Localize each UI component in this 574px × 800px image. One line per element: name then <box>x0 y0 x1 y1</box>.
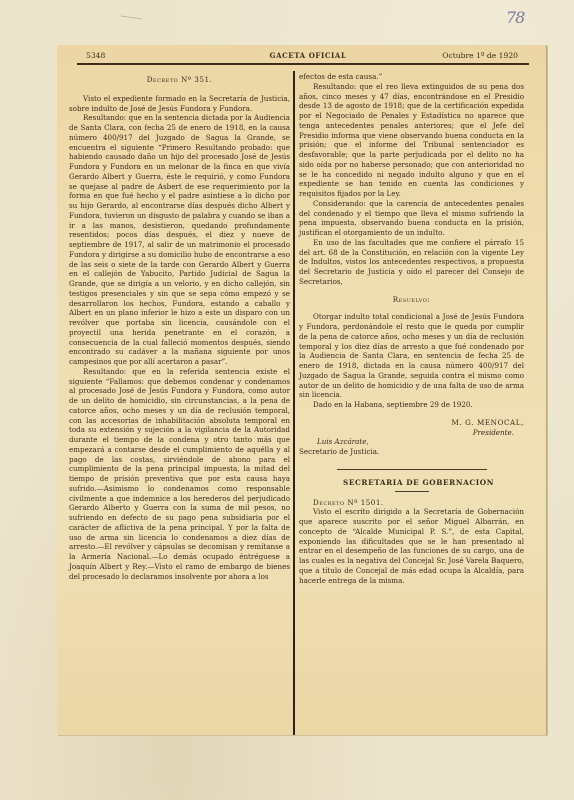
paragraph: Resultando: que el reo lleva extinguidos… <box>299 82 524 199</box>
section-underline <box>395 491 429 492</box>
secretary-name: Luis Azcárate, <box>299 437 524 447</box>
left-column: Decreto Nº 351. Visto el expediente form… <box>69 72 290 581</box>
paragraph: Resultando: que en la sentencia dictada … <box>69 113 290 367</box>
paragraph: Otorgar indulto total condicional a José… <box>299 312 524 400</box>
paragraph: Considerando: que la carencia de anteced… <box>299 199 524 238</box>
header-rule <box>77 63 529 65</box>
paragraph: Visto el expediente formado en la Secret… <box>69 94 290 114</box>
secretary-title: Secretario de Justicia. <box>299 447 379 456</box>
section-separator <box>337 469 487 470</box>
section-title: SECRETARIA DE GOBERNACION <box>299 478 524 488</box>
paragraph-continuation: efectos de esta causa.” <box>299 72 524 82</box>
president-name: M. G. MENOCAL, <box>299 418 524 428</box>
clipping-edge <box>542 45 547 735</box>
decree-title: Decreto Nº 1501. <box>299 498 524 508</box>
resolution-heading: Resuelvo: <box>299 295 524 305</box>
paragraph: Visto el escrito dirigido a la Secretarí… <box>299 507 524 585</box>
decree-title: Decreto Nº 351. <box>69 75 290 85</box>
right-column: efectos de esta causa.” Resultando: que … <box>299 72 524 585</box>
paragraph: Resultando: que en la referida sentencia… <box>69 367 290 582</box>
handwritten-page-number: 78 <box>506 8 524 27</box>
paragraph: Dado en la Habana, septiembre 29 de 1920… <box>299 400 524 410</box>
newspaper-clipping: 5348 GACETA OFICIAL Octubre 1º de 1920 D… <box>57 45 547 735</box>
paragraph: En uso de las facultades que me confiere… <box>299 238 524 287</box>
secretary-signature: Luis Azcárate, Secretario de Justicia. <box>299 437 524 457</box>
president-title: Presidente. <box>299 428 524 438</box>
issue-date: Octubre 1º de 1920 <box>442 51 518 60</box>
president-signature: M. G. MENOCAL, Presidente. <box>299 418 524 438</box>
pencil-mark <box>120 16 143 26</box>
column-divider <box>293 71 295 735</box>
